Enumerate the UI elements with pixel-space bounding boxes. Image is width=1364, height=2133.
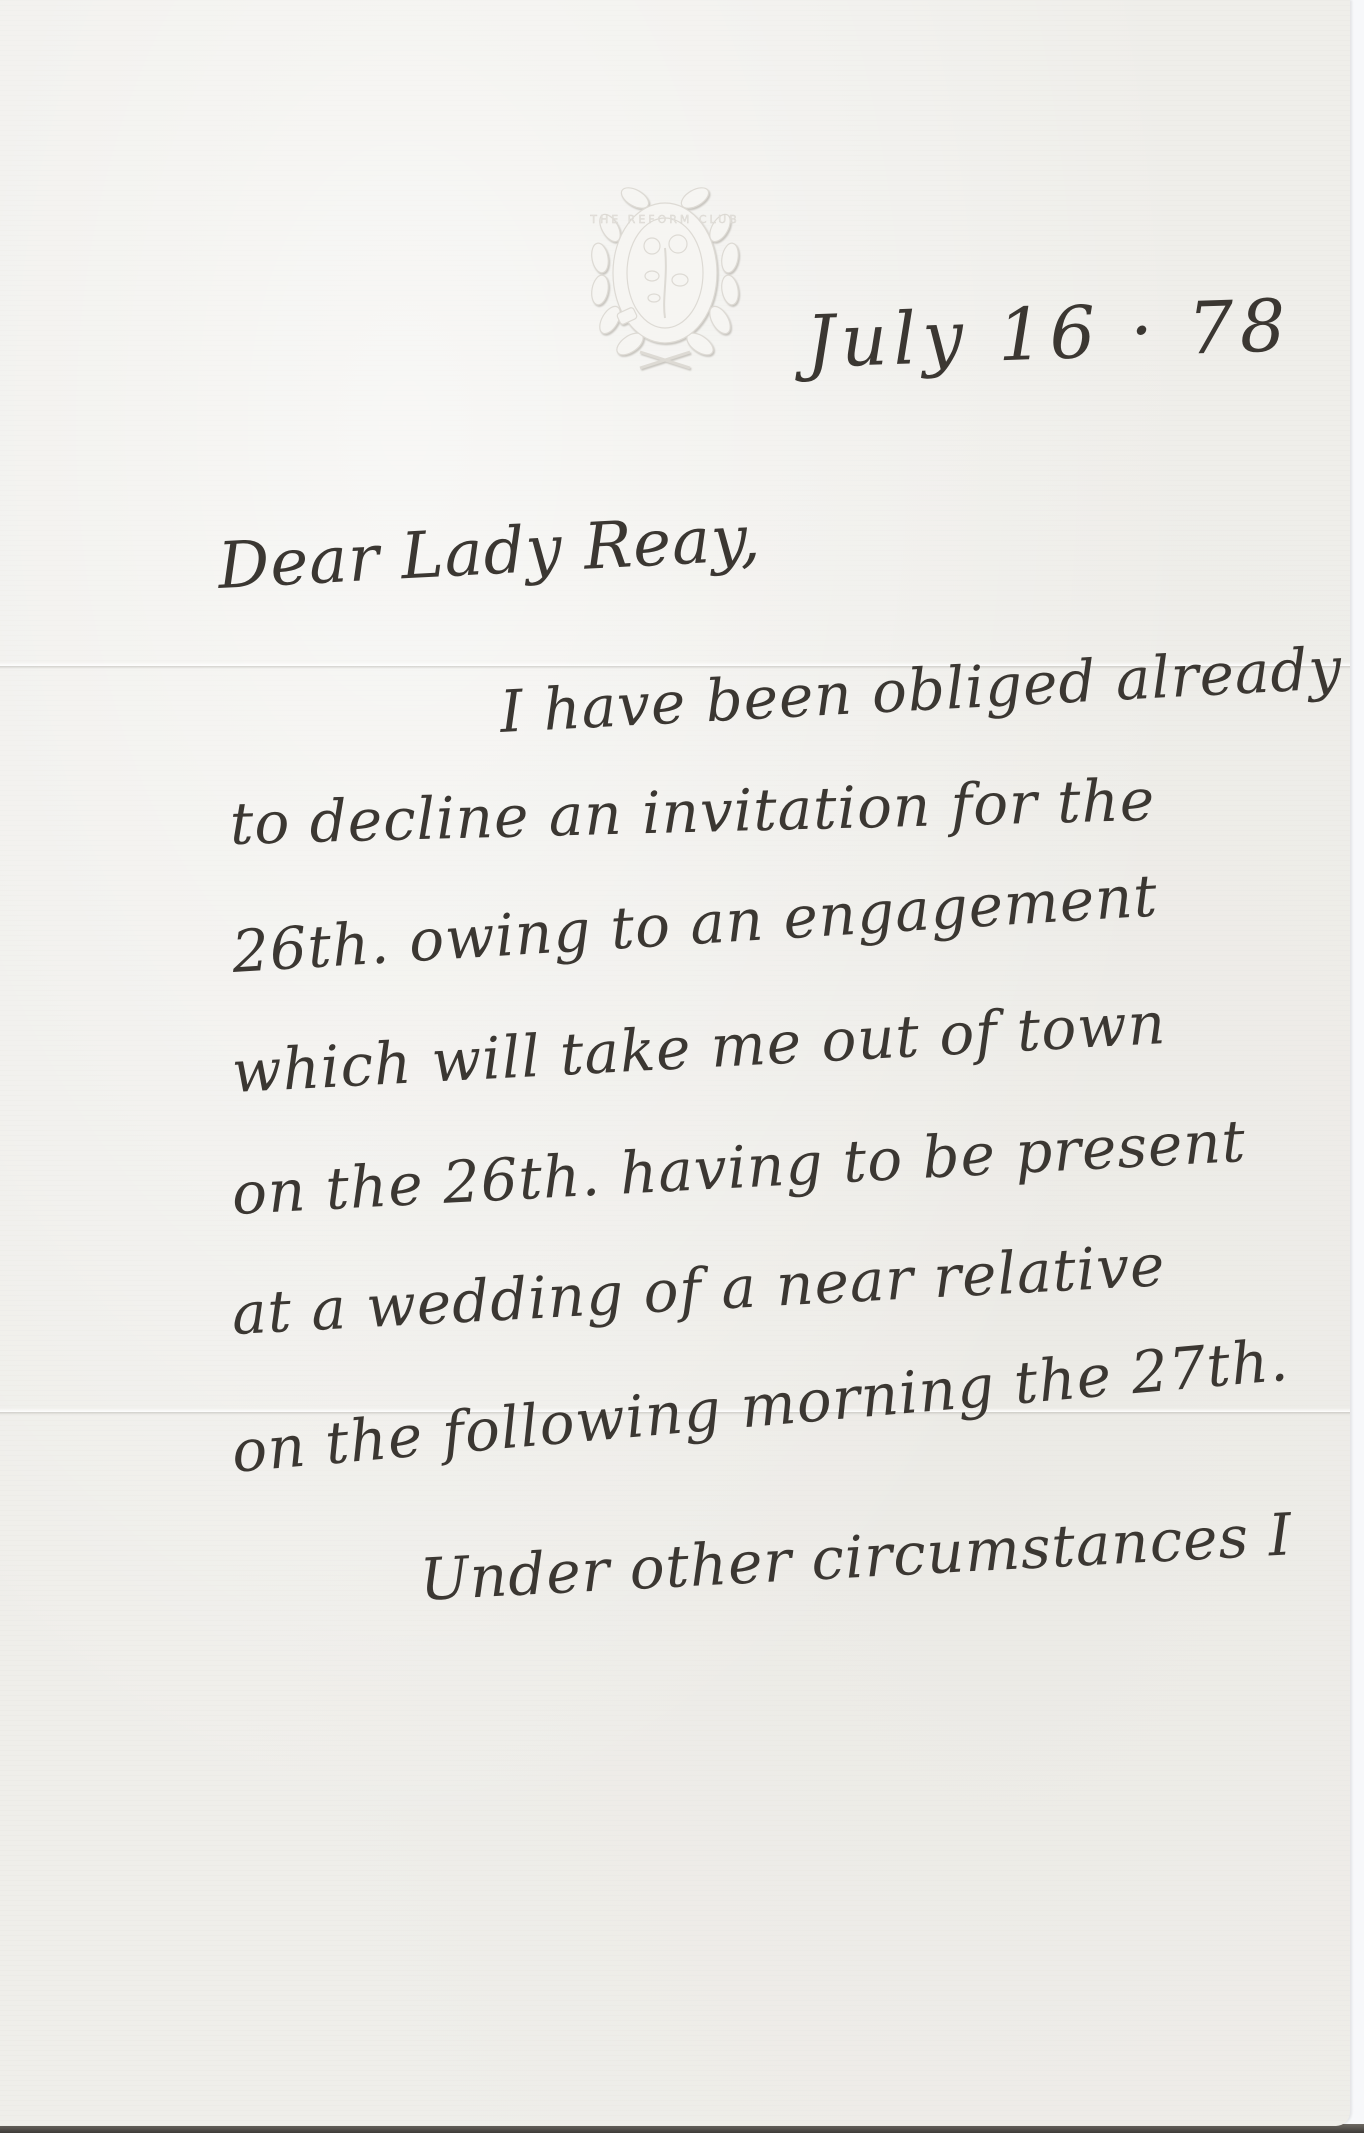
letter-line: on the 26th. having to be present [230, 1107, 1247, 1228]
letter-line: on the following morning the 27th. [229, 1326, 1291, 1486]
embossed-club-crest-icon: THE REFORM CLUB [580, 168, 750, 378]
letter-line: at a wedding of a near relative [230, 1231, 1167, 1348]
emblem-text: THE REFORM CLUB [589, 213, 740, 226]
letter-line: Under other circumstances I [418, 1500, 1294, 1614]
letter-page: THE REFORM CLUB July 16 · 78 Dear Lady R… [0, 0, 1350, 2126]
letter-line: which will take me out of town [230, 989, 1167, 1106]
letter-date: July 16 · 78 [805, 283, 1293, 384]
letter-line: 26th. owing to an engagement [230, 861, 1160, 985]
letter-salutation: Dear Lady Reay, [216, 502, 763, 604]
letter-line: to decline an invitation for the [229, 766, 1156, 858]
letter-line: I have been obliged already [498, 634, 1344, 746]
